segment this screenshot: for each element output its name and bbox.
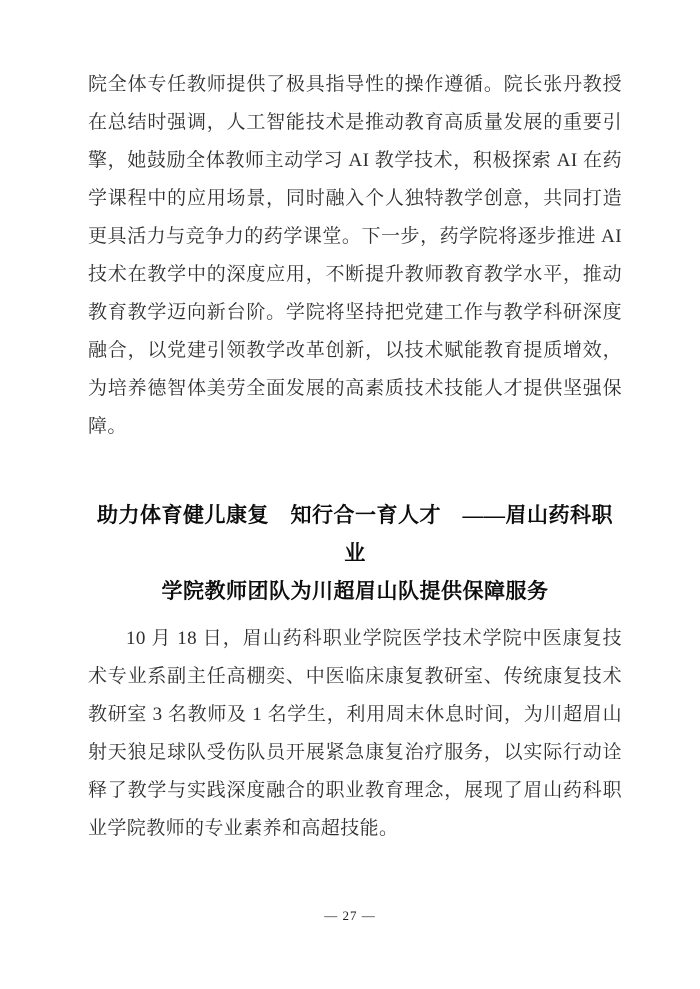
paragraph-ai-teaching-conclusion: 院全体专任教师提供了极具指导性的操作遵循。院长张丹教授在总结时强调，人工智能技术… bbox=[88, 66, 622, 446]
article-title: 助力体育健儿康复 知行合一育人才 ——眉山药科职业 学院教师团队为川超眉山队提供… bbox=[88, 496, 622, 610]
article-title-line-2: 学院教师团队为川超眉山队提供保障服务 bbox=[88, 572, 622, 610]
document-page: 院全体专任教师提供了极具指导性的操作遵循。院长张丹教授在总结时强调，人工智能技术… bbox=[0, 0, 700, 989]
document-body: 院全体专任教师提供了极具指导性的操作遵循。院长张丹教授在总结时强调，人工智能技术… bbox=[88, 66, 622, 848]
page-number: — 27 — bbox=[0, 908, 700, 924]
article-title-line-1: 助力体育健儿康复 知行合一育人才 ——眉山药科职业 bbox=[88, 496, 622, 572]
paragraph-sports-rehab-service: 10 月 18 日，眉山药科职业学院医学技术学院中医康复技术专业系副主任高棚奕、… bbox=[88, 620, 622, 848]
